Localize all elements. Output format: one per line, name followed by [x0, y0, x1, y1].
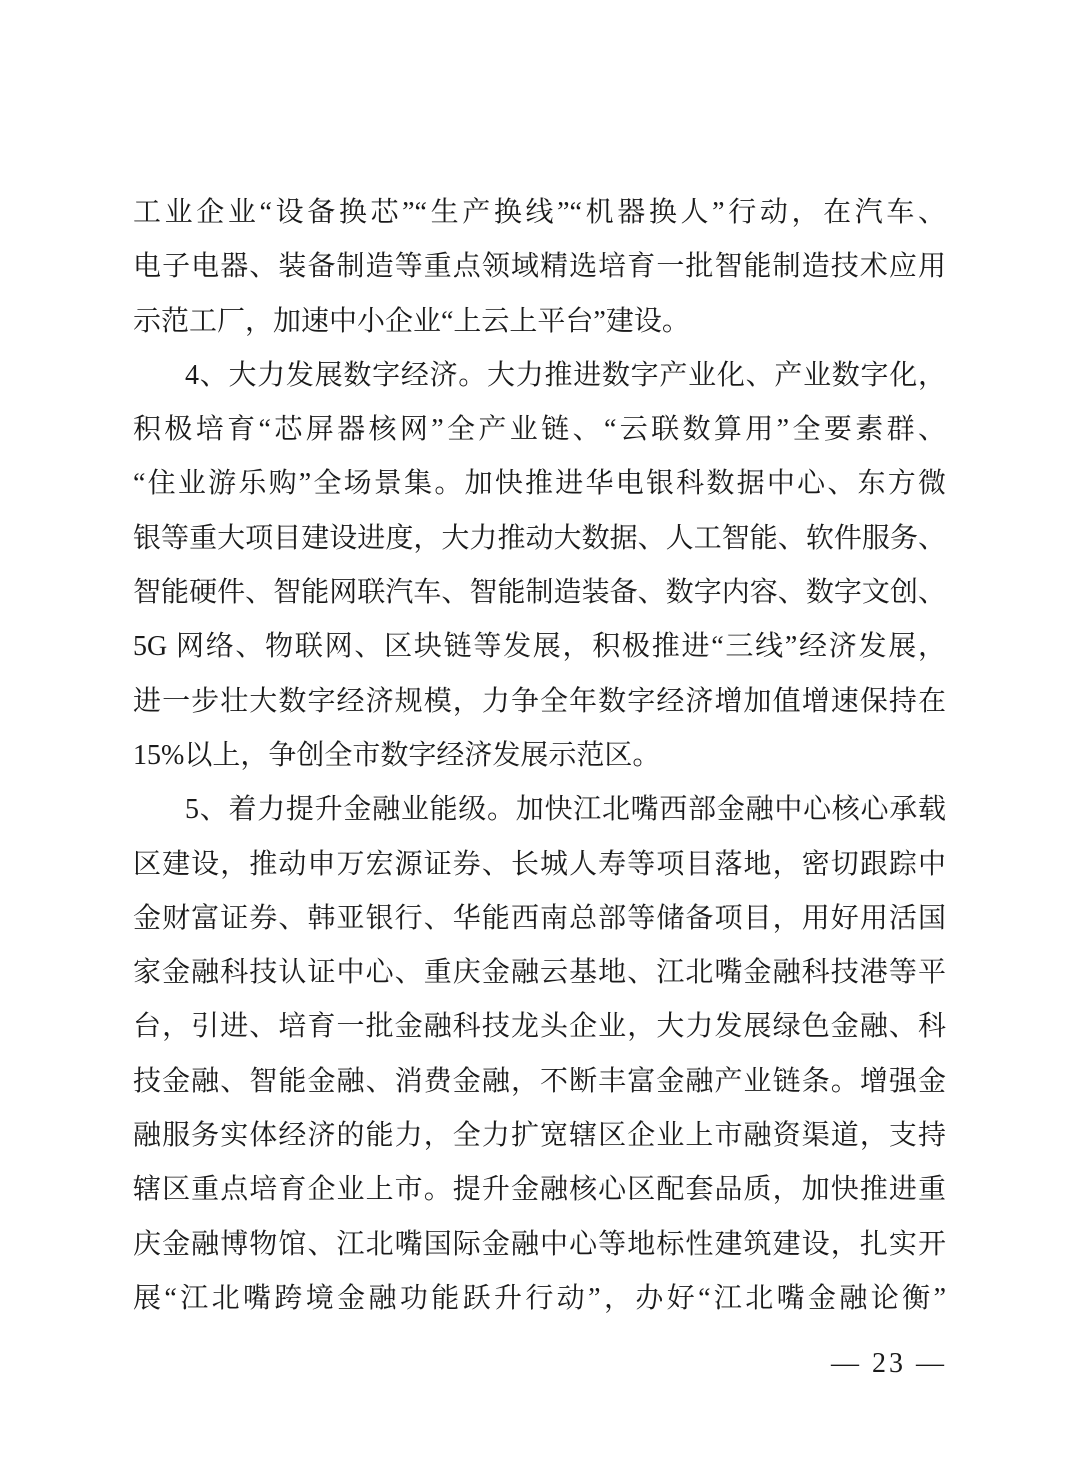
- text-line: 展“江北嘴跨境金融功能跃升行动”，办好“江北嘴金融论衡”: [133, 1272, 946, 1326]
- text-block: 工业企业“设备换芯”“生产换线”“机器换人”行动，在汽车、 电子电器、装备制造等…: [133, 186, 946, 1326]
- text-line: 智能硬件、智能网联汽车、智能制造装备、数字内容、数字文创、: [133, 566, 946, 620]
- text-line: 台，引进、培育一批金融科技龙头企业，大力发展绿色金融、科: [133, 1000, 946, 1054]
- text-line: 辖区重点培育企业上市。提升金融核心区配套品质，加快推进重: [133, 1163, 946, 1217]
- paragraph-continued: 工业企业“设备换芯”“生产换线”“机器换人”行动，在汽车、 电子电器、装备制造等…: [133, 186, 946, 349]
- text-line: “住业游乐购”全场景集。加快推进华电银科数据中心、东方微: [133, 457, 946, 511]
- text-line: 示范工厂，加速中小企业“上云上平台”建设。: [133, 295, 946, 349]
- paragraph-item-4: 4、大力发展数字经济。大力推进数字产业化、产业数字化， 积极培育“芯屏器核网”全…: [133, 349, 946, 783]
- text-line: 银等重大项目建设进度，大力推动大数据、人工智能、软件服务、: [133, 512, 946, 566]
- page-number: — 23 —: [831, 1348, 947, 1380]
- text-line: 电子电器、装备制造等重点领域精选培育一批智能制造技术应用: [133, 240, 946, 294]
- text-line: 融服务实体经济的能力，全力扩宽辖区企业上市融资渠道，支持: [133, 1109, 946, 1163]
- text-line: 金财富证券、韩亚银行、华能西南总部等储备项目，用好用活国: [133, 892, 946, 946]
- text-line: 进一步壮大数字经济规模，力争全年数字经济增加值增速保持在: [133, 675, 946, 729]
- text-line: 区建设，推动申万宏源证券、长城人寿等项目落地，密切跟踪中: [133, 838, 946, 892]
- text-line: 4、大力发展数字经济。大力推进数字产业化、产业数字化，: [133, 349, 946, 403]
- text-line: 5G 网络、物联网、区块链等发展，积极推进“三线”经济发展，: [133, 620, 946, 674]
- text-line: 15%以上，争创全市数字经济发展示范区。: [133, 729, 946, 783]
- text-line: 5、着力提升金融业能级。加快江北嘴西部金融中心核心承载: [133, 783, 946, 837]
- text-line: 家金融科技认证中心、重庆金融云基地、江北嘴金融科技港等平: [133, 946, 946, 1000]
- document-page: 工业企业“设备换芯”“生产换线”“机器换人”行动，在汽车、 电子电器、装备制造等…: [0, 0, 1074, 1458]
- text-line: 工业企业“设备换芯”“生产换线”“机器换人”行动，在汽车、: [133, 186, 946, 240]
- paragraph-item-5: 5、着力提升金融业能级。加快江北嘴西部金融中心核心承载 区建设，推动申万宏源证券…: [133, 783, 946, 1326]
- text-line: 技金融、智能金融、消费金融，不断丰富金融产业链条。增强金: [133, 1055, 946, 1109]
- text-line: 积极培育“芯屏器核网”全产业链、“云联数算用”全要素群、: [133, 403, 946, 457]
- text-line: 庆金融博物馆、江北嘴国际金融中心等地标性建筑建设，扎实开: [133, 1218, 946, 1272]
